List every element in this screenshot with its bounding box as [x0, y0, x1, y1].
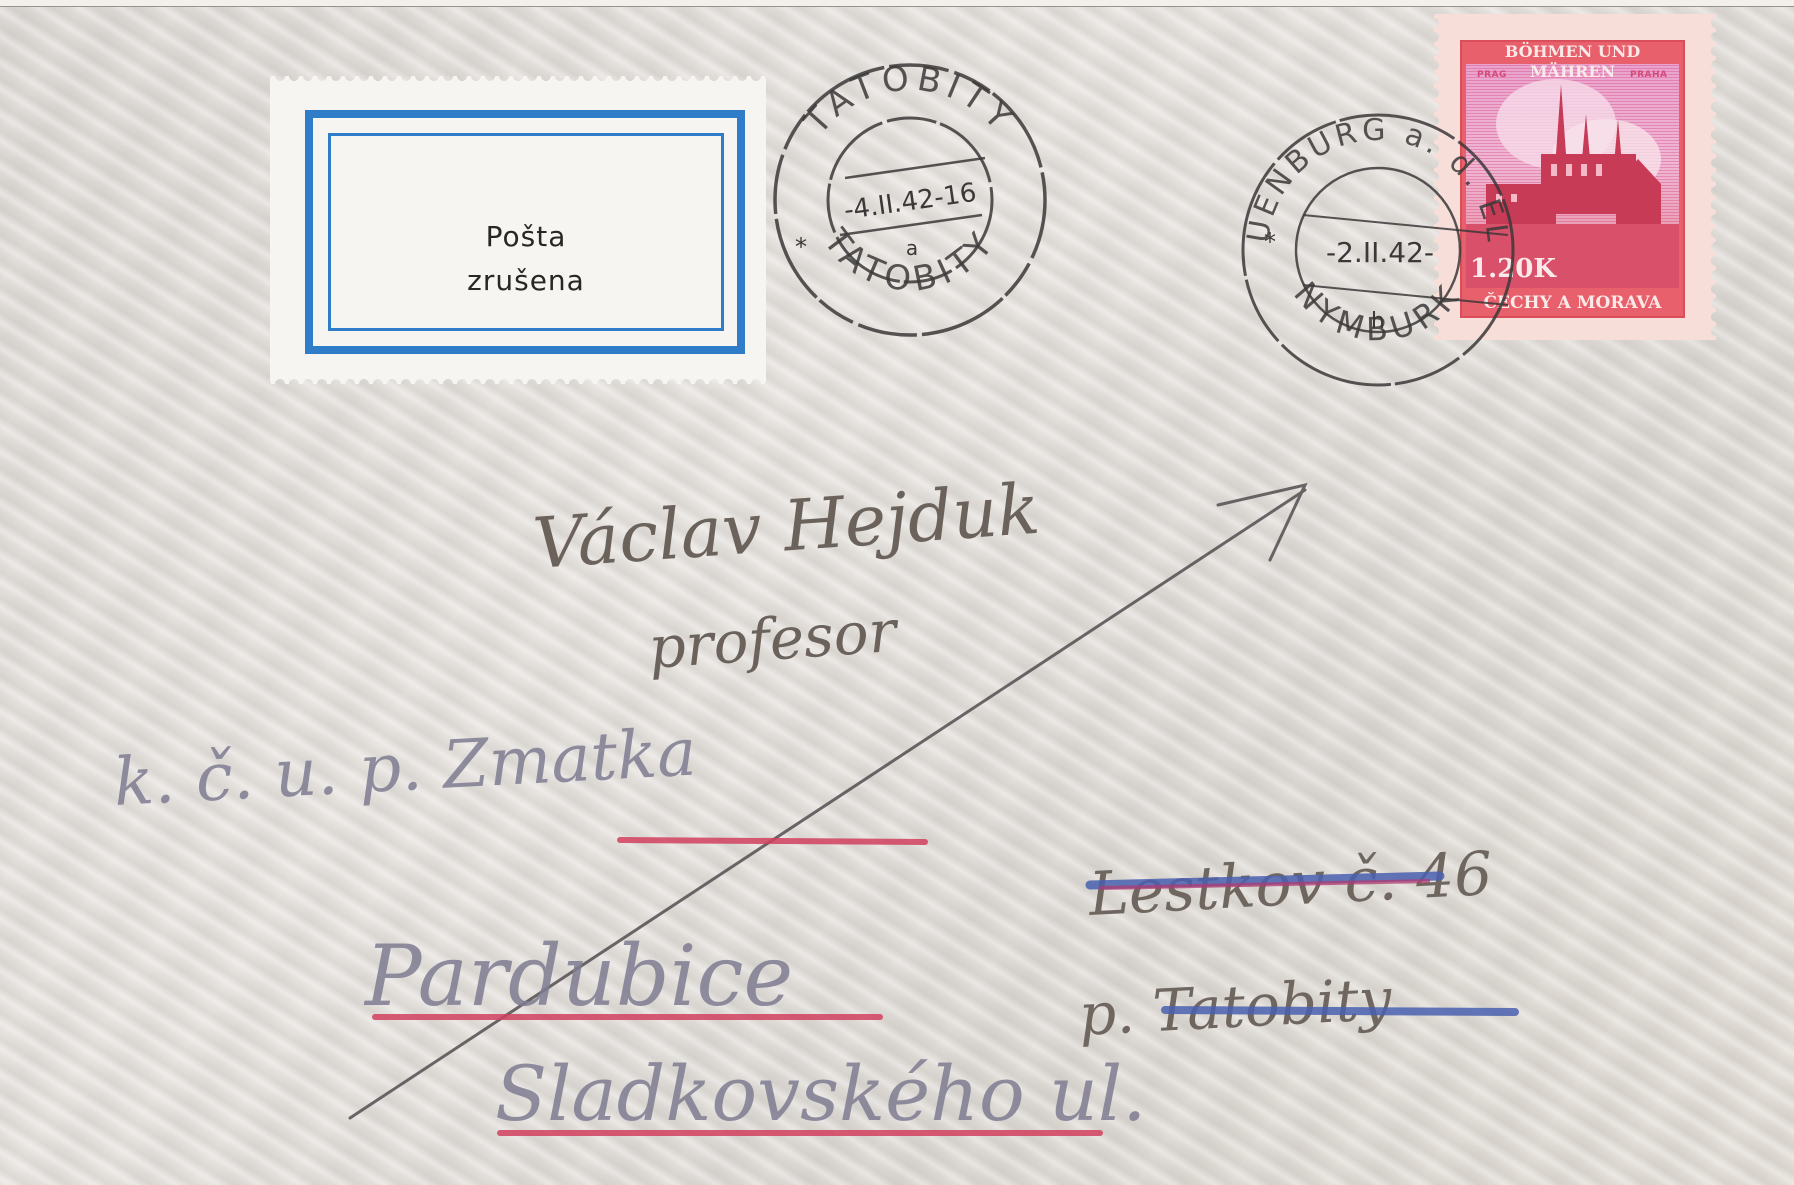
recipient-title: profesor — [646, 597, 901, 682]
forward-line-1: k. č. u. p. Zmatka — [112, 714, 698, 821]
recipient-name: Václav Hejduk — [530, 468, 1042, 585]
forward-street: Sladkovského ul. — [495, 1049, 1146, 1138]
handwritten-address: Václav Hejduk profesor Lestkov č. 46 p. … — [0, 0, 1794, 1185]
strike-post-blue — [1165, 1010, 1515, 1012]
forward-city: Pardubice — [363, 927, 793, 1025]
underline-name — [620, 840, 925, 842]
